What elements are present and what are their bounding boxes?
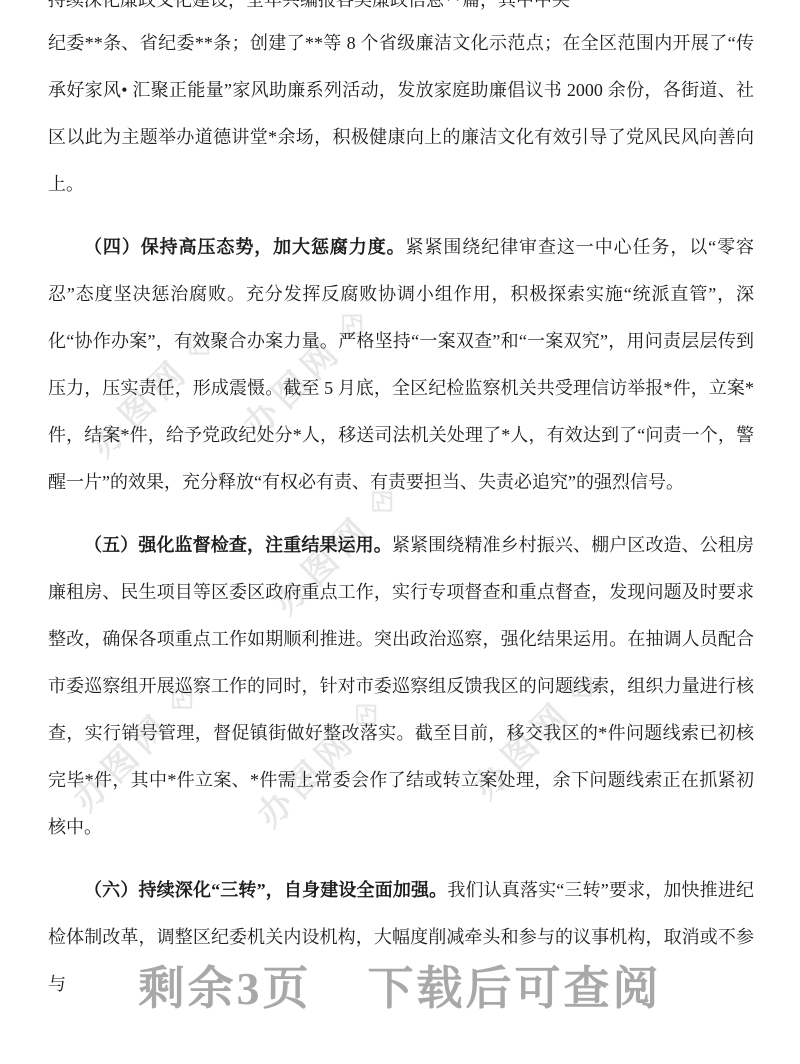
remaining-pages-label: 剩余3页 [139,963,312,1014]
paragraph: （四）保持高压态势，加大惩腐力度。紧紧围绕纪律审查这一中心任务，以“零容忍”态度… [48,224,754,506]
paragraph-text: 紧紧围绕精准乡村振兴、棚户区改造、公租房廉租房、民生项目等区委区政府重点工作，实… [48,535,754,837]
download-hint-label: 下载后可查阅 [368,963,662,1014]
paragraph-text: 纪委**条、省纪委**条；创建了**等 8 个省级廉洁文化示范点；在全区范围内开… [48,33,754,194]
paragraph: （五）强化监督检查，注重结果运用。紧紧围绕精准乡村振兴、棚户区改造、公租房廉租房… [48,522,754,851]
paragraph-lead: （六）持续深化“三转”，自身建设全面加强。 [84,880,447,900]
document-page: 办图网办图网办图网办图网办图网办图网 持续深化廉政文化建设，全年共编报各类廉政信… [0,0,800,1064]
paywall-banner: 剩余3页下载后可查阅 [0,952,800,1018]
document-body: 纪委**条、省纪委**条；创建了**等 8 个省级廉洁文化示范点；在全区范围内开… [48,20,754,1008]
clipped-text-line: 持续深化廉政文化建设，全年共编报各类廉政信息**篇，其中中央 [48,0,754,12]
paragraph: 纪委**条、省纪委**条；创建了**等 8 个省级廉洁文化示范点；在全区范围内开… [48,20,754,208]
paragraph-text: 紧紧围绕纪律审查这一中心任务，以“零容忍”态度坚决惩治腐败。充分发挥反腐败协调小… [48,237,754,492]
paragraph-lead: （四）保持高压态势，加大惩腐力度。 [84,237,406,257]
paragraph-lead: （五）强化监督检查，注重结果运用。 [84,535,392,555]
